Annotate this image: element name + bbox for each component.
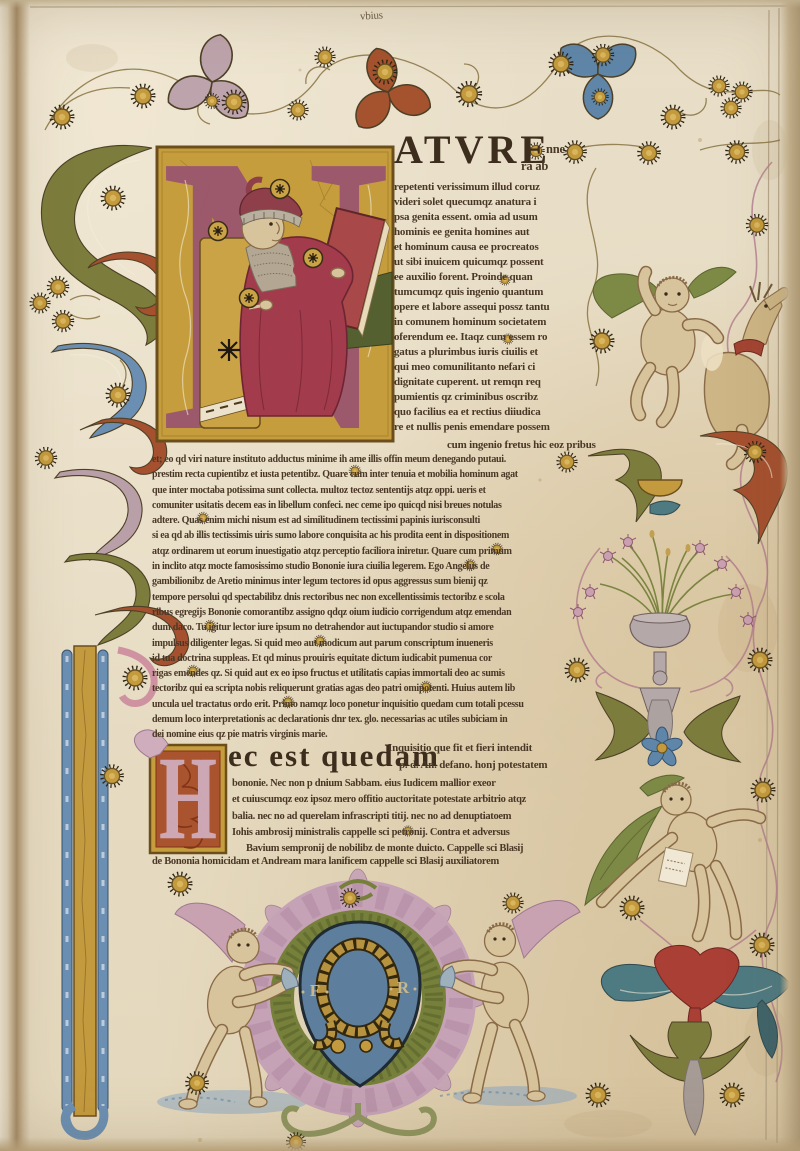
- text-line: comuniter usitatis decem eas in libellum…: [152, 498, 588, 513]
- text-line: dignitate cuperent. ut remqn req: [394, 375, 586, 390]
- text-line: Inquisitio que fit et fieri intendit: [388, 742, 532, 754]
- page-edge-right: [780, 0, 800, 1151]
- gold-besant-icon: [31, 294, 49, 312]
- text-line: tectoribz qui ea scripta nobis reliqueru…: [152, 681, 588, 696]
- ribbon-bow: [601, 945, 790, 1135]
- gold-besant-icon: [458, 83, 480, 105]
- folio-note: vbius: [360, 9, 383, 22]
- gold-besant-icon: [752, 935, 773, 956]
- gold-besant-icon: [54, 312, 73, 331]
- gold-besant-icon: [504, 894, 522, 912]
- gold-besant-icon: [622, 898, 643, 919]
- text-line: tempore persolui qd spectabilibz dnis re…: [152, 590, 588, 605]
- gold-besant-icon: [753, 780, 774, 801]
- text-line: pumientis qz criminibus oscribz: [394, 390, 586, 405]
- text-line: gatus a plurimbus iuris ciuilis et: [394, 345, 586, 360]
- text-line: ut sibi inuicem quicumqz possent: [394, 255, 586, 270]
- inquisitio-column: bononie. Nec non p dnium Sabbam. eius Iu…: [232, 776, 584, 857]
- gold-besant-icon: [49, 278, 68, 297]
- opening-column: repetenti verissimum illud coruz videri …: [394, 180, 586, 435]
- text-line: qui meo comunilitanto nefari ci: [394, 360, 586, 375]
- flying-putto: [585, 775, 760, 936]
- gold-besant-icon: [639, 143, 659, 163]
- manuscript-page: N H: [0, 0, 800, 1151]
- gold-besant-icon: [748, 216, 767, 235]
- text-line: gambilionibz de Aretio minimus inter leg…: [152, 574, 588, 589]
- text-line: uncula uel tractatus ordo erit. Primo na…: [152, 697, 588, 712]
- gold-besant-icon: [52, 107, 73, 128]
- gold-besant-icon: [733, 83, 751, 101]
- scroll-paper: [659, 847, 693, 886]
- text-line: id tua doctrina suppleas. Et qd minus pr…: [152, 651, 588, 666]
- text-line: que inter moctaba potissima sunt collect…: [152, 483, 588, 498]
- gold-besant-icon: [722, 1085, 743, 1106]
- text-line: atqz ordinarem ut eorum inuestigatio atq…: [152, 544, 588, 559]
- text-line: et hominum causa ee procreatos: [394, 240, 586, 255]
- page-edge-top: [0, 0, 800, 8]
- gold-besant-icon: [727, 142, 747, 162]
- text-line: tumcumqz quis ingenio quantum: [394, 285, 586, 300]
- text-line: psa genita essent. omia ad usum: [394, 210, 586, 225]
- page-edge-bottom: [0, 1137, 800, 1151]
- gold-besant-icon: [133, 86, 154, 107]
- medallion-letter-f: F: [310, 981, 320, 1000]
- text-line: dum daco. Tu igitur lector iure ipsum no…: [152, 620, 588, 635]
- text-line: adtere. Quas enim michi nisum est ad sim…: [152, 513, 588, 528]
- text-line: impulsus diligenter legas. Si quid meo a…: [152, 636, 588, 651]
- gold-besant-icon: [170, 874, 191, 895]
- putto-riding-stag: [593, 267, 788, 464]
- gold-besant-icon: [722, 99, 740, 117]
- heading-side-word: ra ab: [521, 159, 548, 174]
- binding-edge: [0, 0, 30, 1151]
- text-line: et cuiuscumqz eoz ipsoz mero offitio auc…: [232, 792, 584, 808]
- gold-besant-icon: [37, 449, 56, 468]
- historiated-initial-n: N: [157, 72, 393, 515]
- medallion-letter-r: R: [397, 978, 410, 997]
- text-line: et; eo qd viri nature instituto adductus…: [152, 452, 588, 467]
- wreath-stem: [284, 1103, 434, 1134]
- text-line: in comunem hominum societatem: [394, 315, 586, 330]
- text-line: cum ingenio fretus hic eoz pribus: [447, 439, 596, 451]
- opening-body: et; eo qd viri nature instituto adductus…: [152, 452, 588, 743]
- text-line: hominis ee genita homines aut: [394, 225, 586, 240]
- text-line: repetenti verissimum illud coruz: [394, 180, 586, 195]
- text-line: ee auxilio forent. Proinde quan: [394, 270, 586, 285]
- heading-side-word: nne: [546, 142, 565, 157]
- text-line: in inclito atqz mocte famosissimo studio…: [152, 559, 588, 574]
- gold-besant-icon: [125, 668, 146, 689]
- bar-border: [62, 646, 108, 1136]
- decorated-initial-h: H: [134, 730, 226, 864]
- text-line: opere et labore assequi possz tantu: [394, 300, 586, 315]
- gold-besant-icon: [103, 188, 124, 209]
- text-line: videri solet quecumqz anatura i: [394, 195, 586, 210]
- text-line: Iohis ambrosij ministralis cappelle sci …: [232, 825, 584, 841]
- gold-besant-icon: [108, 385, 129, 406]
- gold-besant-icon: [565, 142, 585, 162]
- text-line: p. d. An. defano. honj potestatem: [399, 759, 547, 771]
- text-line: bononie. Nec non p dnium Sabbam. eius Iu…: [232, 776, 584, 792]
- text-line: si ea qd ab illis tectissimis uiris sumo…: [152, 528, 588, 543]
- gold-besant-icon: [710, 77, 728, 95]
- text-line: rigas emendes qz. Si quid aut ex eo ipso…: [152, 666, 588, 681]
- text-line: oferendum ee. Itaqz cum essem ro: [394, 330, 586, 345]
- text-line: re et nullis penis emendare possem: [394, 420, 586, 435]
- initial-h-letterform: H: [159, 731, 217, 864]
- text-line: prestim recta cupientibz et iusta petent…: [152, 467, 588, 482]
- gold-besant-icon: [316, 48, 334, 66]
- text-line: de Bononia homicidam et Andream mara lan…: [152, 856, 499, 867]
- text-line: ribus egregijs Bononie comorantibz assig…: [152, 605, 588, 620]
- text-line: balia. nec no ad querelam infrascripti t…: [232, 809, 584, 825]
- gold-besant-icon: [588, 1085, 609, 1106]
- text-line: demum loco interpretationis ac declarati…: [152, 712, 588, 727]
- gold-besant-icon: [663, 107, 684, 128]
- text-line: quo facilius ea et rectius diiudica: [394, 405, 586, 420]
- asterisk-mark-icon: [218, 339, 240, 361]
